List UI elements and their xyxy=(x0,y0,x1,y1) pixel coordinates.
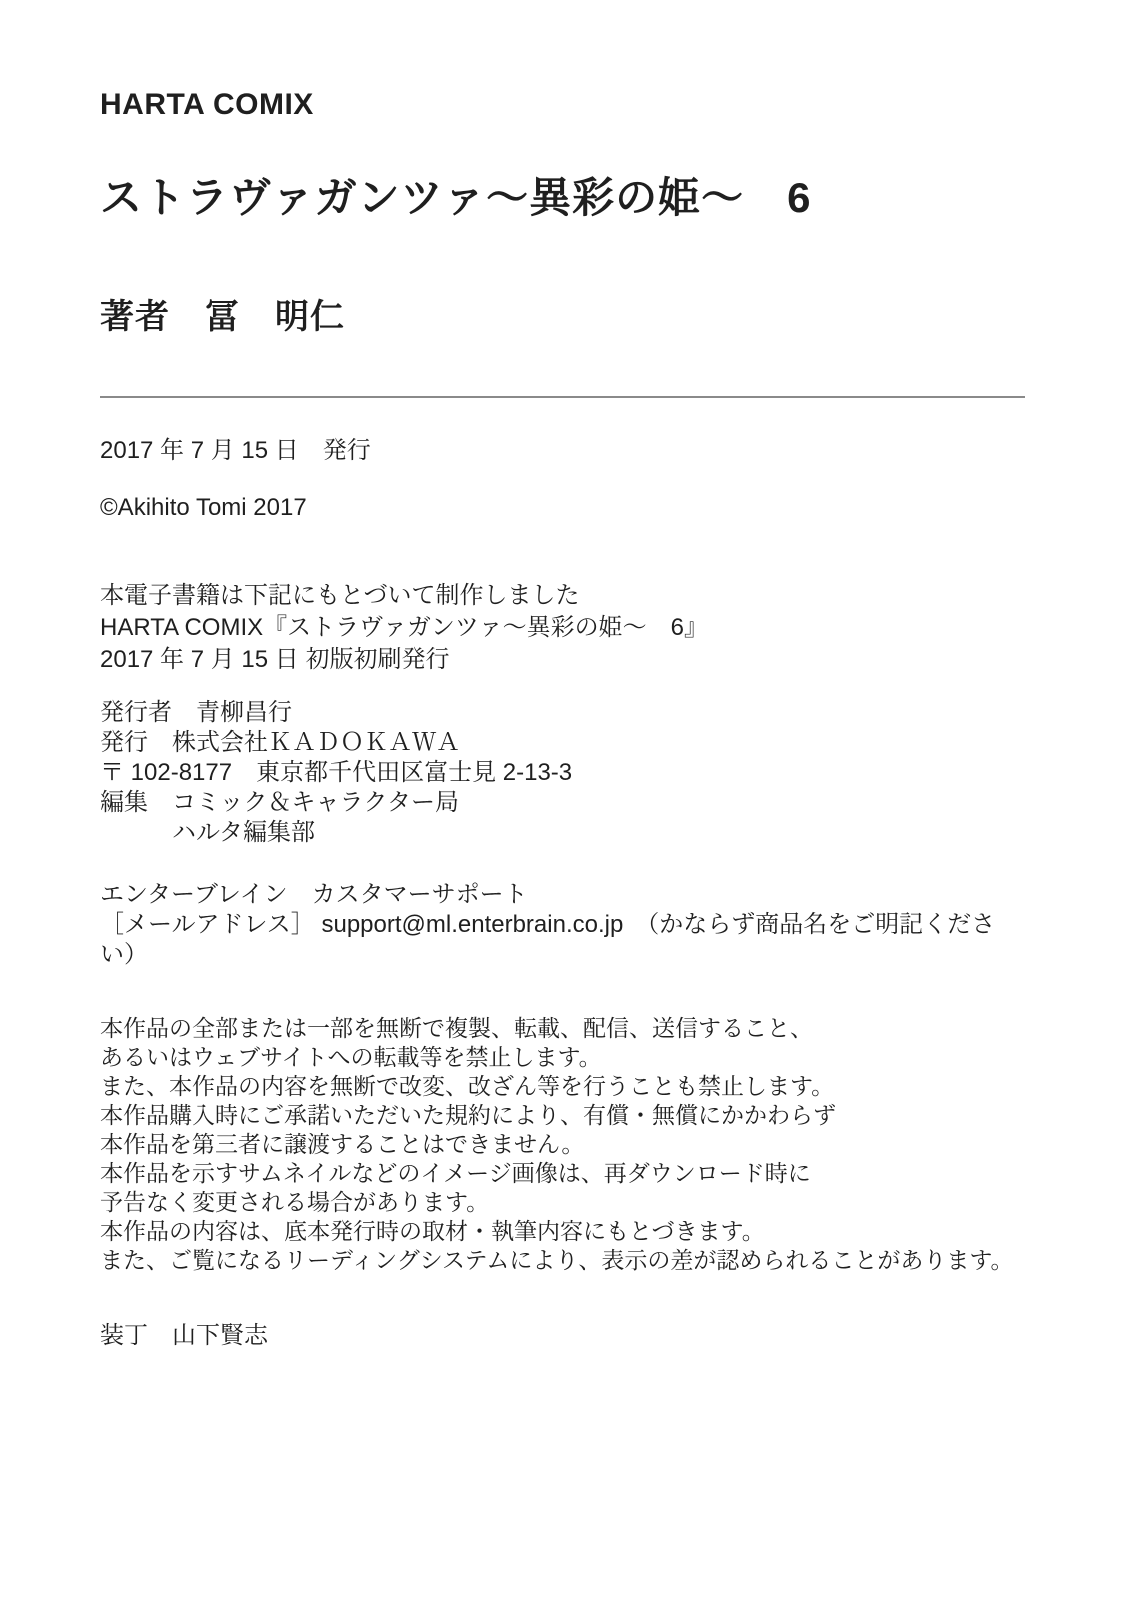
design-credit-line: 装丁 山下賢志 xyxy=(100,1315,1025,1350)
source-block: 本電子書籍は下記にもとづいて制作しました HARTA COMIX『ストラヴァガン… xyxy=(100,580,1025,676)
legal-line: 本作品を示すサムネイルなどのイメージ画像は、再ダウンロード時に xyxy=(100,1159,1025,1188)
legal-line: 本作品の全部または一部を無断で複製、転載、配信、送信すること、 xyxy=(100,1014,1025,1043)
legal-line: 予告なく変更される場合があります。 xyxy=(100,1188,1025,1217)
source-note-line: 本電子書籍は下記にもとづいて制作しました xyxy=(100,580,1025,612)
copyright-line: ©Akihito Tomi 2017 xyxy=(100,494,1025,522)
legal-line: また、ご覧になるリーディングシステムにより、表示の差が認められることがあります。 xyxy=(100,1246,1025,1275)
publisher-person-line: 発行者 青柳昌行 xyxy=(100,698,1025,728)
editing-subdepartment-line: ハルタ編集部 xyxy=(100,818,1025,848)
imprint-label: HARTA COMIX xyxy=(100,88,1025,121)
legal-line: 本作品の内容は、底本発行時の取材・執筆内容にもとづきます。 xyxy=(100,1217,1025,1246)
legal-line: また、本作品の内容を無断で改変、改ざん等を行うことも禁止します。 xyxy=(100,1072,1025,1101)
publisher-block: 発行者 青柳昌行 発行 株式会社ＫＡＤＯＫＡＷＡ 〒 102-8177 東京都千… xyxy=(100,698,1025,848)
publish-date-line: 2017 年 7 月 15 日 発行 xyxy=(100,430,1025,465)
support-title-line: エンターブレイン カスタマーサポート xyxy=(100,880,1025,910)
customer-support-block: エンターブレイン カスタマーサポート ［メールアドレス］ support@ml.… xyxy=(100,880,1025,970)
source-print-date-line: 2017 年 7 月 15 日 初版初刷発行 xyxy=(100,644,1025,676)
publisher-address-line: 〒 102-8177 東京都千代田区富士見 2-13-3 xyxy=(100,758,1025,788)
author-line: 著者 冨 明仁 xyxy=(100,289,1025,338)
support-email-line: ［メールアドレス］ support@ml.enterbrain.co.jp （か… xyxy=(100,910,1025,970)
editing-department-line: 編集 コミック＆キャラクター局 xyxy=(100,788,1025,818)
book-title: ストラヴァガンツァ～異彩の姫～ 6 xyxy=(100,173,1025,223)
source-edition-line: HARTA COMIX『ストラヴァガンツァ～異彩の姫～ 6』 xyxy=(100,612,1025,644)
colophon-page: HARTA COMIX ストラヴァガンツァ～異彩の姫～ 6 著者 冨 明仁 20… xyxy=(0,0,1125,1600)
publisher-company-line: 発行 株式会社ＫＡＤＯＫＡＷＡ xyxy=(100,728,1025,758)
legal-line: 本作品購入時にご承諾いただいた規約により、有償・無償にかかわらず xyxy=(100,1101,1025,1130)
section-divider xyxy=(100,396,1025,398)
legal-line: あるいはウェブサイトへの転載等を禁止します。 xyxy=(100,1043,1025,1072)
legal-line: 本作品を第三者に譲渡することはできません。 xyxy=(100,1130,1025,1159)
legal-notice-block: 本作品の全部または一部を無断で複製、転載、配信、送信すること、 あるいはウェブサ… xyxy=(100,1014,1025,1275)
